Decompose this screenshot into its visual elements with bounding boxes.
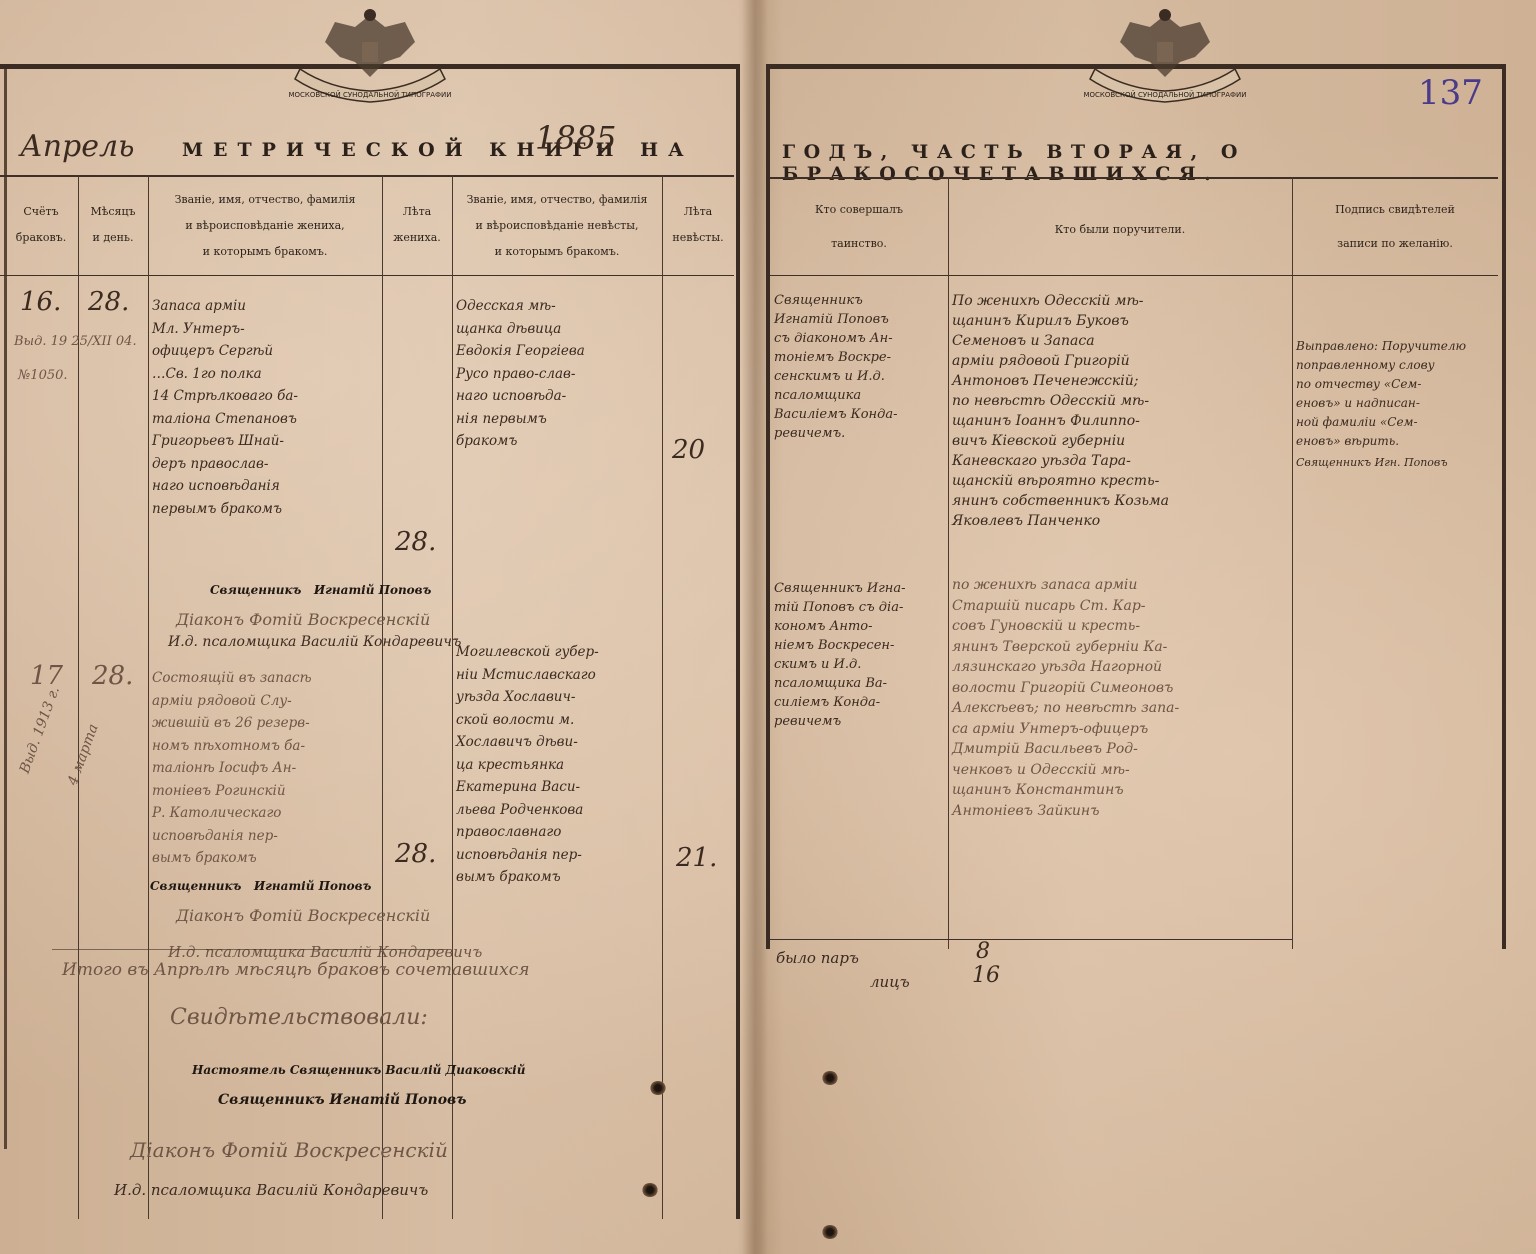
deacon-signature: Діаконъ Фотій Воскресенскій [130, 1139, 448, 1162]
month-total-line: Итого въ Апрѣлѣ мѣсяцѣ браковъ сочетавши… [62, 959, 529, 982]
paper-wormhole [650, 1081, 666, 1095]
month-handwritten: Апрель [20, 129, 134, 164]
record-16-groom: Запаса арміиМл. Унтеръ-офицеръ Сергѣй…Св… [152, 295, 388, 520]
psalmist-signature: И.д. псаломщика Василій Кондаревичъ [114, 1179, 428, 1202]
record-17-bride: Могилевской губер-ніи Мстиславскагоуѣзда… [456, 641, 666, 889]
book-spread: МОСКОВСКОЙ СУНОДАЛЬНОЙ ТИПОГРАФИИ Апрель… [0, 0, 1536, 1254]
page-number: 137 [1418, 73, 1483, 113]
record-16-psalmist-signature: И.д. псаломщика Василій Кондаревичъ [168, 631, 461, 654]
year-handwritten: 1885 [535, 119, 616, 157]
svg-text:МОСКОВСКОЙ СУНОДАЛЬНОЙ ТИПОГРА: МОСКОВСКОЙ СУНОДАЛЬНОЙ ТИПОГРАФИИ [1083, 90, 1246, 99]
record-17-guarantors: по женихѣ запаса арміиСтаршій писарь Ст.… [952, 575, 1296, 821]
left-title-row: Апрель МЕТРИЧЕСКОЙ КНИГИ НА 1885 [0, 69, 736, 177]
rector-signature: Настоятель Священникъ Василій Диаковскій [192, 1059, 525, 1082]
attestation-title: Свидѣтельствовали: [170, 1007, 428, 1030]
paper-wormhole [822, 1071, 838, 1085]
record-16-guarantors: По женихѣ Одесскій мѣ-щанинъ Кирилъ Буко… [952, 291, 1296, 531]
header-top-rule [0, 175, 734, 177]
col-header-bride-age: Лѣтаневѣсты. [662, 199, 734, 251]
col-header-witness-signature: Подпись свидѣтелейзаписи по желанію. [1292, 197, 1498, 257]
record-16-witness-note: Выправлено: Поручителюпоправленному слов… [1296, 337, 1500, 472]
record-16-groom-age: 28. [395, 531, 436, 554]
record-16-bride: Одесская мѣ-щанка дѣвицаЕвдокія Георгіев… [456, 295, 666, 453]
record-16-margin-note: Выд. 19 25/XII 04. [14, 331, 137, 354]
paper-wormhole [642, 1183, 658, 1197]
record-17-bride-age: 21. [676, 847, 717, 870]
paper-wormhole [822, 1225, 838, 1239]
col-header-groom: Званіе, имя, отчество, фамиліяи вѣроиспо… [148, 187, 382, 265]
col-header-guarantors: Кто были поручители. [948, 217, 1292, 243]
record-16-groom-signature: Священникъ Игнатій Поповъ [210, 579, 431, 602]
col-header-bride: Званіе, имя, отчество, фамиліяи вѣроиспо… [452, 187, 662, 265]
printed-title-left: МЕТРИЧЕСКОЙ КНИГИ НА [182, 139, 694, 161]
summary-rule-right [770, 939, 1292, 940]
record-17-month-day: 28. [92, 665, 133, 688]
persons-value: 16 [972, 965, 1000, 988]
record-16-month-day: 28. [88, 291, 129, 314]
record-17-groom: Состоящій въ запасѣарміи рядовой Слу-жив… [152, 667, 388, 870]
record-17-officiant: Священникъ Игна-тій Поповъ съ діа-кономъ… [774, 579, 950, 731]
record-16-margin-number: №1050. [18, 365, 68, 388]
header-bottom-rule [770, 275, 1498, 276]
record-16-bride-age: 20 [672, 439, 705, 462]
record-17-margin-date: 4 марта [62, 721, 105, 789]
record-16-deacon-signature: Діаконъ Фотій Воскресенскій [176, 609, 430, 632]
record-17-deacon-signature: Діаконъ Фотій Воскресенскій [176, 905, 430, 928]
pairs-value: 8 [976, 941, 990, 964]
col-header-month-day: Мѣсяцъи день. [78, 199, 148, 251]
pairs-label: было паръ [776, 947, 859, 970]
col-header-officiant: Кто совершалътаинство. [770, 197, 948, 257]
record-16-witness-signature: Священникъ Игн. Поповъ [1296, 453, 1500, 472]
record-16-officiant: СвященникъИгнатій Поповъсъ діакономъ Ан-… [774, 291, 950, 443]
left-page: МОСКОВСКОЙ СУНОДАЛЬНОЙ ТИПОГРАФИИ Апрель… [0, 64, 740, 1219]
col-header-groom-age: Лѣтажениха. [382, 199, 452, 251]
record-17-margin-note: Выд. 1913 г. [14, 683, 66, 776]
header-top-rule [770, 177, 1498, 179]
column-rule [148, 175, 149, 1219]
summary-rule [52, 949, 448, 950]
persons-label: лицъ [870, 971, 910, 994]
right-page: МОСКОВСКОЙ СУНОДАЛЬНОЙ ТИПОГРАФИИ 137 ГО… [766, 64, 1506, 949]
col-header-count: Счётъбраковъ. [4, 199, 78, 251]
imperial-eagle-emblem-right: МОСКОВСКОЙ СУНОДАЛЬНОЙ ТИПОГРАФИИ [1080, 7, 1250, 107]
record-16-number: 16. [20, 291, 61, 314]
record-17-groom-age: 28. [395, 843, 436, 866]
priest-signature: Священникъ Игнатій Поповъ [218, 1089, 466, 1112]
book-gutter [742, 0, 768, 1254]
header-bottom-rule [0, 275, 734, 276]
record-17-groom-signature: Священникъ Игнатій Поповъ [150, 875, 371, 898]
